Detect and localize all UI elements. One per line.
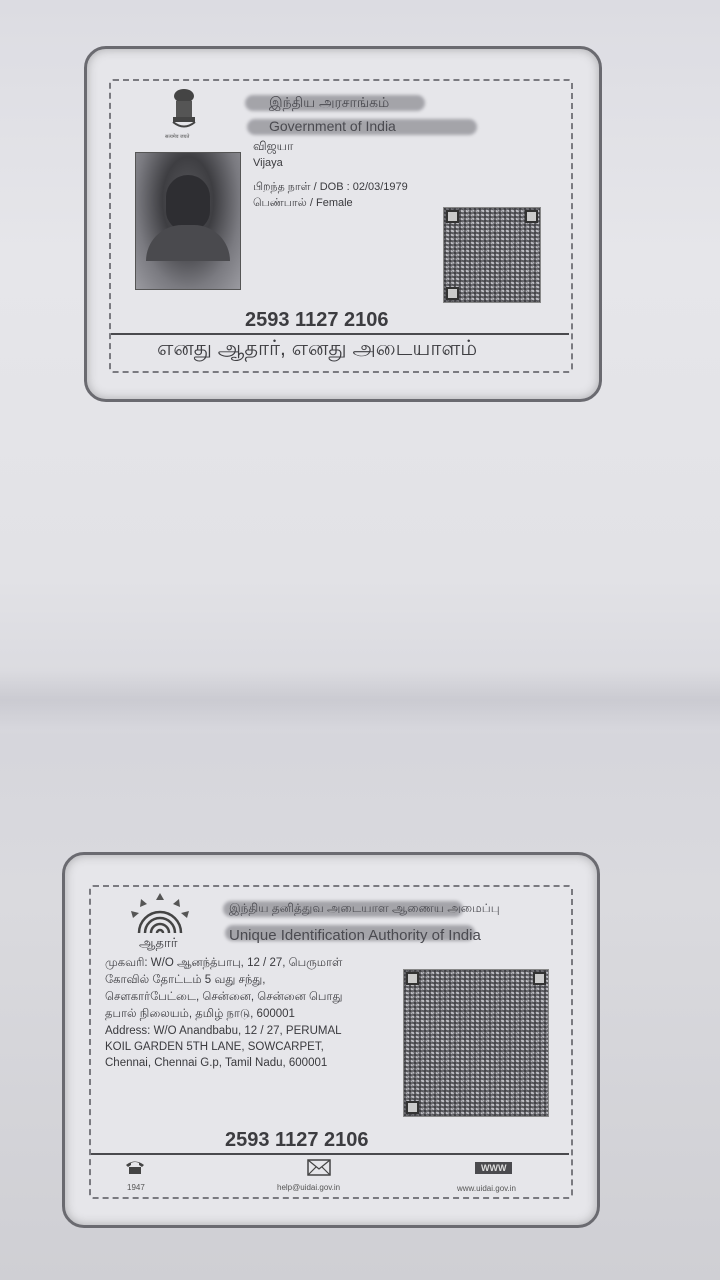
aadhaar-number: 2593 1127 2106 (245, 309, 389, 332)
telephone-icon (125, 1159, 145, 1175)
aadhaar-fingerprint-sun-icon (127, 893, 193, 937)
email: help@uidai.gov.in (277, 1183, 340, 1192)
aadhaar-number: 2593 1127 2106 (225, 1129, 369, 1152)
holder-photo (135, 152, 241, 290)
header-tamil: இந்திய தனித்துவ அடையாள ஆணைய அமைப்பு (229, 901, 500, 917)
name-english: Vijaya (253, 157, 283, 169)
header-english: Unique Identification Authority of India (229, 927, 481, 944)
aadhaar-back-card: ஆதார் இந்திய தனித்துவ அடையாள ஆணைய அமைப்ப… (62, 852, 600, 1228)
tagline: எனது ஆதார், எனது அடையாளம் (157, 337, 477, 363)
website: www.uidai.gov.in (457, 1184, 516, 1193)
emblem-caption: सत्यमेव जयते (165, 134, 189, 140)
address-tamil: முகவரி: W/O ஆனந்த்பாபு, 12 / 27, பெருமாள… (105, 955, 342, 1023)
gender: பெண்பால் / Female (253, 197, 353, 211)
header-english: Government of India (269, 118, 396, 134)
aadhaar-front-card: सत्यमेव जयते இந்திய அரசாங்கம் Government… (84, 46, 602, 402)
address-english: Address: W/O Anandbabu, 12 / 27, PERUMAL… (105, 1023, 342, 1071)
name-tamil: விஜயா (253, 139, 293, 155)
aadhaar-logo-label: ஆதார் (139, 935, 178, 952)
header-tamil: இந்திய அரசாங்கம் (269, 94, 389, 113)
phone-number: 1947 (127, 1183, 145, 1192)
ashoka-emblem-icon (167, 87, 201, 133)
divider (111, 333, 569, 335)
web-badge: WWW (475, 1162, 512, 1174)
divider (91, 1153, 569, 1155)
qr-code (403, 969, 549, 1117)
dob: பிறந்த நாள் / DOB : 02/03/1979 (253, 181, 408, 195)
paper-fold (0, 670, 720, 730)
qr-code (443, 207, 541, 303)
envelope-icon (307, 1159, 331, 1176)
